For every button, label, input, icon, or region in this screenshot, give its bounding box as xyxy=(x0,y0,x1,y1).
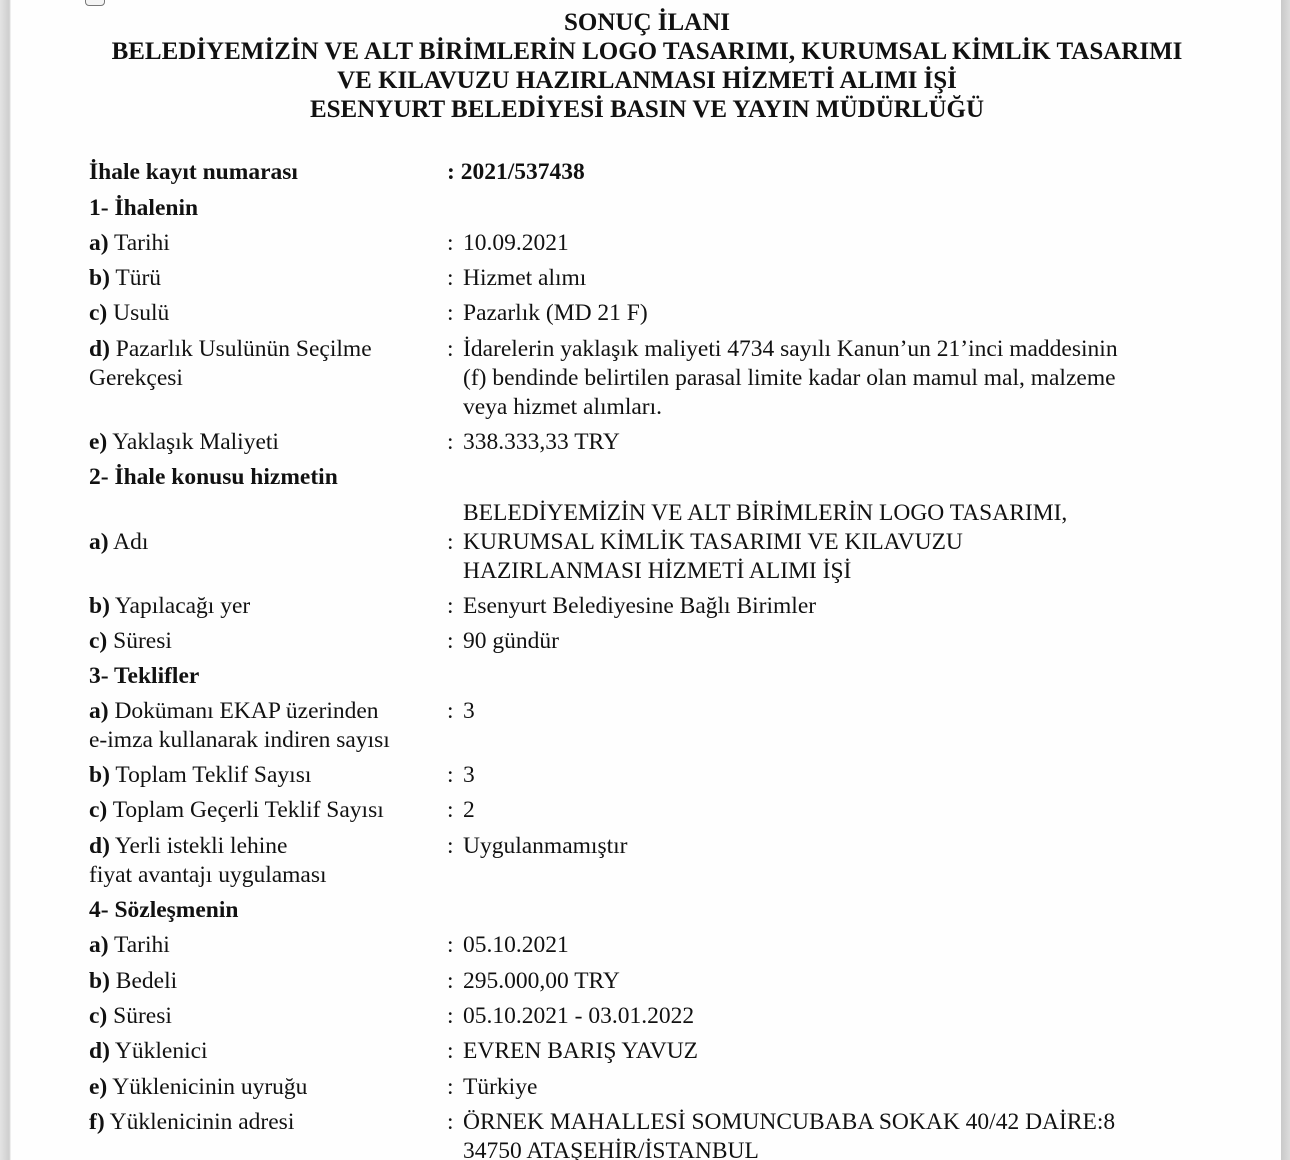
tender-date-label: a) Tarihi xyxy=(89,229,170,258)
section-1-heading: 1- İhalenin xyxy=(89,194,198,223)
contractor-nationality-label: e) Yüklenicinin uyruğu xyxy=(89,1073,307,1102)
viewer-gutter-left xyxy=(0,0,9,1160)
document-downloads-value: :3 xyxy=(447,697,475,726)
procedure-justification-label: d) Pazarlık Usulünün SeçilmeGerekçesi xyxy=(89,335,372,393)
domestic-advantage-value: :Uygulanmamıştır xyxy=(447,832,627,861)
estimated-cost-label: e) Yaklaşık Maliyeti xyxy=(89,428,279,457)
viewer-scrollbar-right[interactable] xyxy=(1281,0,1290,1160)
contract-period-value: :05.10.2021 - 03.01.2022 xyxy=(447,1002,694,1031)
contractor-nationality-value: :Türkiye xyxy=(447,1073,537,1102)
service-name-label: a) Adı xyxy=(89,528,148,557)
contract-price-value: :295.000,00 TRY xyxy=(447,967,620,996)
service-location-value: :Esenyurt Belediyesine Bağlı Birimler xyxy=(447,592,816,621)
document-subtitle-line-2: VE KILAVUZU HAZIRLANMASI HİZMETİ ALIMI İ… xyxy=(11,66,1283,95)
contract-date-value: :05.10.2021 xyxy=(447,931,569,960)
valid-bids-value: :2 xyxy=(447,796,475,825)
procedure-justification-value: :İdarelerin yaklaşık maliyeti 4734 sayıl… xyxy=(447,335,1118,422)
tender-procedure-label: c) Usulü xyxy=(89,299,169,328)
service-name-value: BELEDİYEMİZİN VE ALT BİRİMLERİN LOGO TAS… xyxy=(447,499,1067,586)
service-duration-label: c) Süresi xyxy=(89,627,172,656)
document-title: SONUÇ İLANI xyxy=(11,8,1283,37)
tender-procedure-value: :Pazarlık (MD 21 F) xyxy=(447,299,648,328)
document-page: SONUÇ İLANI BELEDİYEMİZİN VE ALT BİRİMLE… xyxy=(10,0,1281,1160)
service-duration-value: :90 gündür xyxy=(447,627,559,656)
service-location-label: b) Yapılacağı yer xyxy=(89,592,250,621)
contract-price-label: b) Bedeli xyxy=(89,967,177,996)
domestic-advantage-label: d) Yerli istekli lehinefiyat avantajı uy… xyxy=(89,832,327,890)
tender-date-value: :10.09.2021 xyxy=(447,229,569,258)
contract-date-label: a) Tarihi xyxy=(89,931,170,960)
section-3-heading: 3- Teklifler xyxy=(89,662,199,691)
document-downloads-label: a) Dokümanı EKAP üzerindene-imza kullana… xyxy=(89,697,390,755)
contractor-value: :EVREN BARIŞ YAVUZ xyxy=(447,1037,698,1066)
tender-type-value: :Hizmet alımı xyxy=(447,264,586,293)
valid-bids-label: c) Toplam Geçerli Teklif Sayısı xyxy=(89,796,384,825)
page-drag-handle-icon[interactable] xyxy=(85,0,105,6)
contracting-authority: ESENYURT BELEDİYESİ BASIN VE YAYIN MÜDÜR… xyxy=(11,95,1283,124)
contract-period-label: c) Süresi xyxy=(89,1002,172,1031)
contractor-label: d) Yüklenici xyxy=(89,1037,208,1066)
total-bids-label: b) Toplam Teklif Sayısı xyxy=(89,761,311,790)
document-subtitle-line-1: BELEDİYEMİZİN VE ALT BİRİMLERİN LOGO TAS… xyxy=(11,37,1283,66)
section-4-heading: 4- Sözleşmenin xyxy=(89,896,238,925)
section-2-heading: 2- İhale konusu hizmetin xyxy=(89,463,338,492)
contractor-address-value: :ÖRNEK MAHALLESİ SOMUNCUBABA SOKAK 40/42… xyxy=(447,1108,1115,1160)
tender-type-label: b) Türü xyxy=(89,264,161,293)
contractor-address-label: f) Yüklenicinin adresi xyxy=(89,1108,294,1137)
document-header: SONUÇ İLANI BELEDİYEMİZİN VE ALT BİRİMLE… xyxy=(11,8,1283,124)
registration-number-value: : 2021/537438 xyxy=(447,158,585,187)
total-bids-value: :3 xyxy=(447,761,475,790)
registration-number-label: İhale kayıt numarası xyxy=(89,158,298,187)
estimated-cost-value: :338.333,33 TRY xyxy=(447,428,620,457)
